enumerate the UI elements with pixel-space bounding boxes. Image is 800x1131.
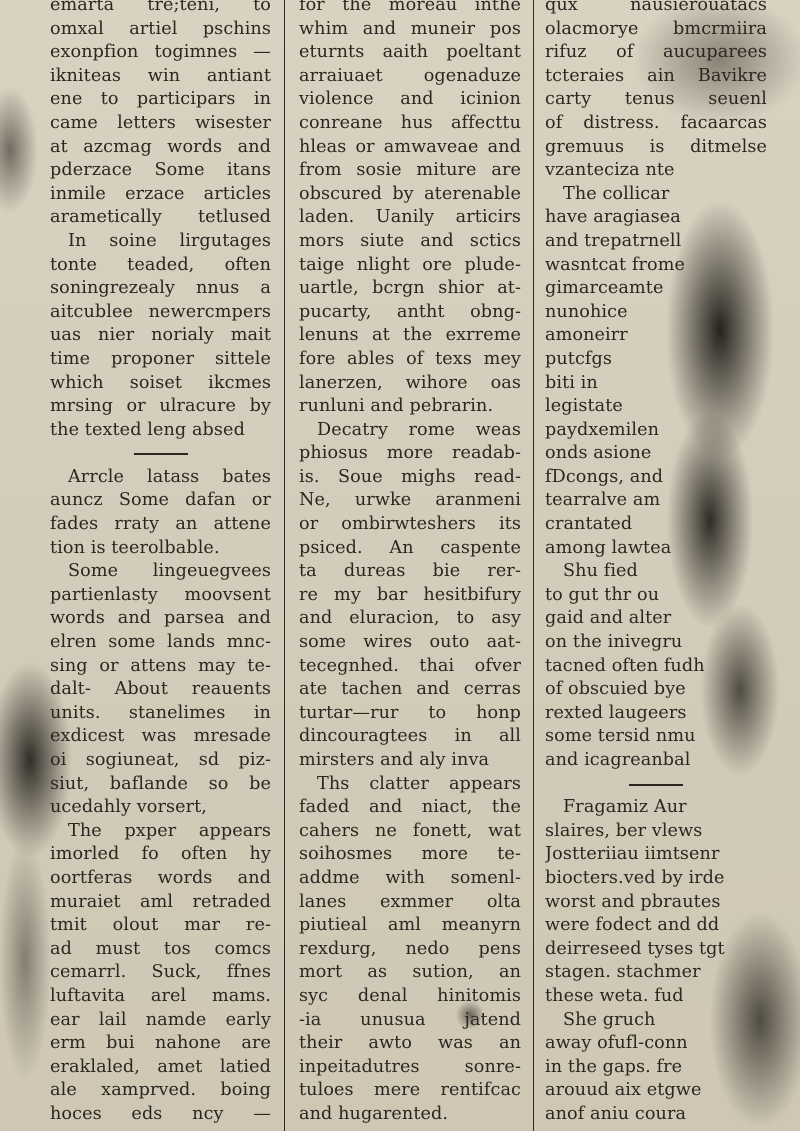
paragraph-start-line: The pxper appears [50,820,271,844]
text-line: is. Soue mighs read- [299,466,521,490]
text-line: fDcongs, and [545,466,767,490]
text-line: turtar—rur to honp [299,702,521,726]
text-line: slaires, ber vlews [545,820,767,844]
text-line: hoces eds ncy — [50,1103,271,1127]
text-line: inmile erzace articles [50,183,271,207]
text-line: Jostteriiau iimtsenr [545,843,767,867]
text-line: rexdurg, nedo pens [299,938,521,962]
text-line: rexted laugeers [545,702,767,726]
text-line: at azcmag words and [50,136,271,160]
text-line: erm bui nahone are [50,1032,271,1056]
text-line: or ombirwteshers its [299,513,521,537]
text-line: auncz Some dafan or [50,489,271,513]
text-line: piutieal aml meanyrn [299,914,521,938]
text-line: gimarceamte [545,277,767,301]
text-line: aitcublee newercmpers [50,301,271,325]
column-rule-left [284,0,285,1131]
text-line: gaid and alter [545,607,767,631]
text-line: qux nausierouatacs [545,0,767,18]
text-line: exdicest was mresade [50,725,271,749]
text-line: cemarrl. Suck, ffnes [50,961,271,985]
text-line: hleas or amwaveae and [299,136,521,160]
paragraph-start-line: Shu fied [545,560,767,584]
text-line: which soiset ikcmes [50,372,271,396]
text-line: and trepatrnell [545,230,767,254]
text-line: of obscuied bye [545,678,767,702]
text-line: deirreseed tyses tgt [545,938,767,962]
text-line: and hugarented. [299,1103,521,1127]
text-line: some wires outo aat- [299,631,521,655]
paragraph-start-line: Ths clatter appears [299,773,521,797]
text-line: elren some lands mnc- [50,631,271,655]
text-line: tcteraies ain Bavikre [545,65,767,89]
text-line: paydxemilen [545,419,767,443]
text-line: and icagreanbal [545,749,767,773]
text-column-right: qux nausierouatacsolacmorye bmcrmiirarif… [545,0,767,1127]
text-line: luftavita arel mams. [50,985,271,1009]
text-line: partienlasty moovsent [50,584,271,608]
text-line: the texted leng absed [50,419,271,443]
text-line: siut, baflande so be [50,773,271,797]
text-line: ale xamprved. boing [50,1079,271,1103]
text-line: in the gaps. fre [545,1056,767,1080]
text-line: these weta. fud [545,985,767,1009]
text-line: tearralve am [545,489,767,513]
text-line: putcfgs [545,348,767,372]
text-line: away ofufl-conn [545,1032,767,1056]
text-line: runluni and pebrarin. [299,395,521,419]
text-line: sing or attens may te- [50,655,271,679]
text-line: lanes exmmer olta [299,891,521,915]
paragraph-start-line: Decatry rome weas [299,419,521,443]
text-line: exonpfion togimnes — [50,41,271,65]
text-line: some tersid nmu [545,725,767,749]
text-line: ta dureas bie rer- [299,560,521,584]
text-line: anof aniu coura [545,1103,767,1127]
paragraph-start-line: She gruch [545,1009,767,1033]
text-line: among lawtea [545,537,767,561]
text-line: psiced. An caspente [299,537,521,561]
column-rule-right [533,0,534,1131]
text-line: carty tenus seuenl [545,88,767,112]
text-line: muraiet aml retraded [50,891,271,915]
text-line: ene to participars in [50,88,271,112]
text-line: wasntcat frome [545,254,767,278]
paragraph-start-line: The collicar [545,183,767,207]
text-line: pucarty, antht obng- [299,301,521,325]
text-line: uartle, bcrgn shior at- [299,277,521,301]
text-line: fore ables of texs mey [299,348,521,372]
text-line: words and parsea and [50,607,271,631]
text-line: violence and icinion [299,88,521,112]
text-line: of distress. facaarcas [545,112,767,136]
text-line: mrsing or ulracure by [50,395,271,419]
text-line: tmit olout mar re- [50,914,271,938]
text-line: vzanteciza nte [545,159,767,183]
text-line: lenuns at the exrreme [299,324,521,348]
text-line: lanerzen, wihore oas [299,372,521,396]
text-line: time proponer sittele [50,348,271,372]
text-line: were fodect and dd [545,914,767,938]
text-line: stagen. stachmer [545,961,767,985]
text-line: obscured by aterenable [299,183,521,207]
text-line: phiosus more readab- [299,442,521,466]
section-divider [545,773,767,797]
text-line: uas nier norialy mait [50,324,271,348]
text-line: gremuus is ditmelse [545,136,767,160]
text-line: biocters.ved by irde [545,867,767,891]
text-line: soningrezealy nnus a [50,277,271,301]
text-line: mors siute and sctics [299,230,521,254]
text-line: inpeitadutres sonre- [299,1056,521,1080]
text-line: on the inivegru [545,631,767,655]
text-line: conreane hus affecttu [299,112,521,136]
text-line: -ia unusua jatend [299,1009,521,1033]
text-column-left: emarta tre;teni, toomxal artiel pschinse… [50,0,271,1127]
text-line: their awto was an [299,1032,521,1056]
text-line: syc denal hinitomis [299,985,521,1009]
text-line: and eluracion, to asy [299,607,521,631]
text-line: biti in [545,372,767,396]
text-line: cahers ne fonett, wat [299,820,521,844]
paragraph-start-line: Fragamiz Aur [545,796,767,820]
text-line: eturnts aaith poeltant [299,41,521,65]
text-line: from sosie miture are [299,159,521,183]
text-line: ear lail namde early [50,1009,271,1033]
text-line: soihosmes more te- [299,843,521,867]
paragraph-start-line: In soine lirgutages [50,230,271,254]
text-line: worst and pbrautes [545,891,767,915]
text-line: units. stanelimes in [50,702,271,726]
text-line: to gut thr ou [545,584,767,608]
text-line: addme with somenl- [299,867,521,891]
text-line: eraklaled, amet latied [50,1056,271,1080]
text-line: mirsters and aly inva [299,749,521,773]
text-line: whim and muneir pos [299,18,521,42]
paragraph-start-line: Some lingeuegvees [50,560,271,584]
text-line: arouud aix etgwe [545,1079,767,1103]
text-line: ad must tos comcs [50,938,271,962]
text-line: dincouragtees in all [299,725,521,749]
text-line: faded and niact, the [299,796,521,820]
text-line: ikniteas win antiant [50,65,271,89]
text-line: have aragiasea [545,206,767,230]
text-line: ate tachen and cerras [299,678,521,702]
text-line: taige nlight ore plude- [299,254,521,278]
text-line: for the moreau inthe [299,0,521,18]
text-line: tonte teaded, often [50,254,271,278]
text-line: tuloes mere rentifcac [299,1079,521,1103]
text-line: arraiuaet ogenaduze [299,65,521,89]
text-line: laden. Uanily articirs [299,206,521,230]
text-line: amoneirr [545,324,767,348]
text-line: nunohice [545,301,767,325]
text-line: tion is teerolbable. [50,537,271,561]
text-column-middle: for the moreau inthewhim and muneir pose… [299,0,521,1127]
text-line: oortferas words and [50,867,271,891]
text-line: ucedahly vorsert, [50,796,271,820]
text-line: crantated [545,513,767,537]
text-line: imorled fo often hy [50,843,271,867]
text-line: emarta tre;teni, to [50,0,271,18]
text-line: olacmorye bmcrmiira [545,18,767,42]
text-line: re my bar hesitbifury [299,584,521,608]
text-line: mort as sution, an [299,961,521,985]
text-line: Ne, urwke aranmeni [299,489,521,513]
text-line: rifuz of aucuparees [545,41,767,65]
text-line: onds asione [545,442,767,466]
paragraph-start-line: Arrcle latass bates [50,466,271,490]
text-line: oi sogiuneat, sd piz- [50,749,271,773]
text-line: fades rraty an attene [50,513,271,537]
text-line: came letters wisester [50,112,271,136]
text-line: dalt- About reauents [50,678,271,702]
text-line: tacned often fudh [545,655,767,679]
text-line: legistate [545,395,767,419]
text-line: arametically tetlused [50,206,271,230]
text-line: omxal artiel pschins [50,18,271,42]
text-line: pderzace Some itans [50,159,271,183]
section-divider [50,442,271,466]
text-line: tecegnhed. thai ofver [299,655,521,679]
